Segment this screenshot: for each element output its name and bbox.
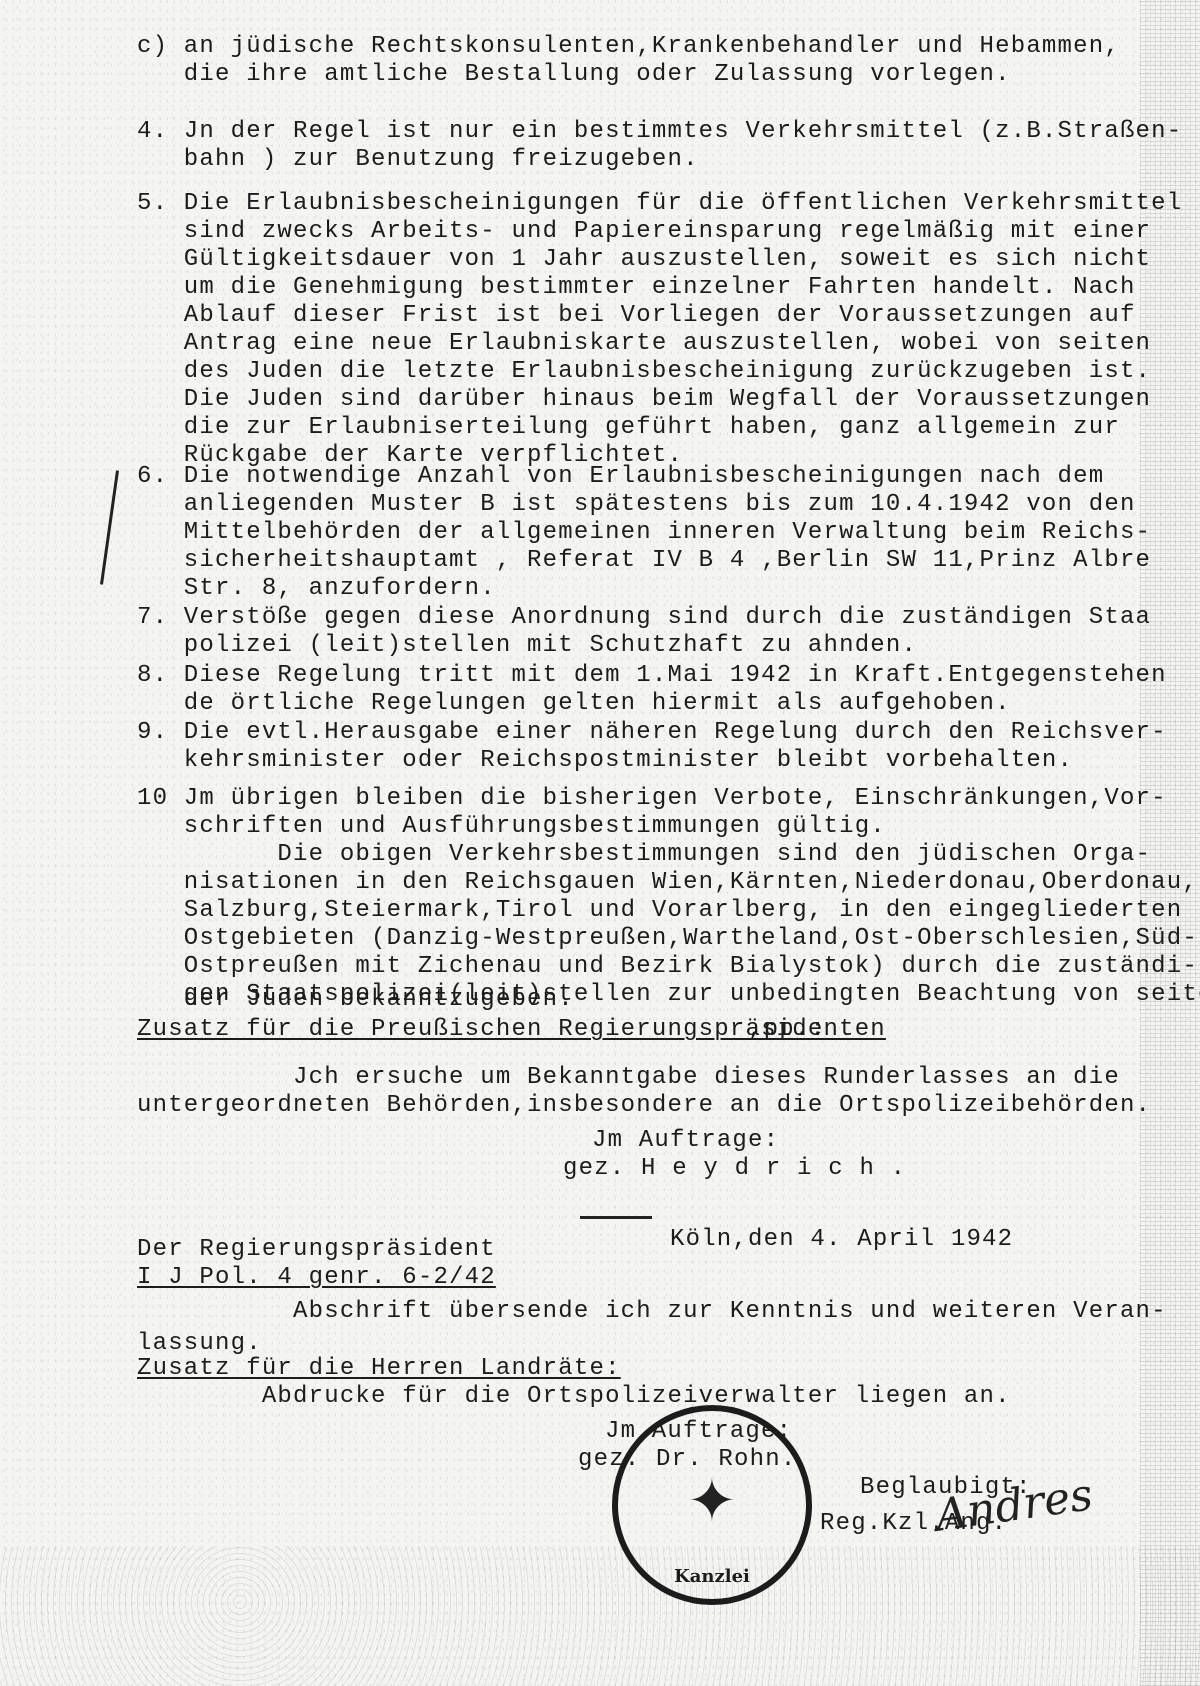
addendum-body-line: untergeordneten Behörden,insbesondere an… [137,1092,1151,1120]
document-line: 9. Die evtl.Herausgabe einer näheren Reg… [137,719,1167,747]
document-line: polizei (leit)stellen mit Schutzhaft zu … [137,632,917,660]
document-line: anliegenden Muster B ist spätestens bis … [137,491,1136,519]
sender: Der Regierungspräsident [137,1236,496,1264]
document-line: Die obigen Verkehrsbestimmungen sind den… [137,841,1151,869]
copy-note-line: Abschrift übersende ich zur Kenntnis und… [137,1298,1167,1326]
document-line: die zur Erlaubniserteilung geführt haben… [137,414,1120,442]
document-line: 5. Die Erlaubnisbescheinigungen für die … [137,190,1182,218]
document-line: 7. Verstöße gegen diese Anordnung sind d… [137,604,1151,632]
document-line: nisationen in den Reichsgauen Wien,Kärnt… [137,869,1198,897]
document-line: um die Genehmigung bestimmter einzelner … [137,274,1136,302]
document-line: kehrsminister oder Reichspostminister bl… [137,747,1073,775]
addendum-landraete-body: Abdrucke für die Ortspolizeiverwalter li… [137,1383,1011,1411]
document-line: bahn ) zur Benutzung freizugeben. [137,146,699,174]
addendum-body-line: Jch ersuche um Bekanntgabe dieses Runder… [137,1064,1120,1092]
document-line: des Juden die letzte Erlaubnisbescheinig… [137,358,1151,386]
document-line: Mittelbehörden der allgemeinen inneren V… [137,519,1151,547]
document-line: Die Juden sind darüber hinaus beim Wegfa… [137,386,1151,414]
scan-bottom-noise [0,1546,1200,1686]
document-line: 6. Die notwendige Anzahl von Erlaubnisbe… [137,463,1104,491]
signoff-auftrage: Jm Auftrage: [592,1127,779,1155]
document-line: die ihre amtliche Bestallung oder Zulass… [137,61,1011,89]
signoff2-auftrage: Jm Auftrage: [605,1418,792,1446]
document-line: der Juden bekanntzugeben. [137,986,574,1014]
document-line: Ablauf dieser Frist ist bei Vorliegen de… [137,302,1136,330]
copy-note-line: lassung. [137,1330,262,1358]
reference-number: I J Pol. 4 genr. 6-2/42 [137,1264,496,1292]
document-line: Salzburg,Steiermark,Tirol und Vorarlberg… [137,897,1182,925]
document-line: 4. Jn der Regel ist nur ein bestimmtes V… [137,118,1182,146]
document-line: c) an jüdische Rechtskonsulenten,Kranken… [137,33,1120,61]
separator-dash [580,1216,652,1219]
document-line: Str. 8, anzufordern. [137,575,496,603]
addendum-heading-suffix: ,pp.: [748,1016,826,1044]
stamp-text: Kanzlei [618,1566,806,1587]
document-line: Gültigkeitsdauer von 1 Jahr auszustellen… [137,246,1151,274]
place-date: Köln,den 4. April 1942 [670,1226,1013,1254]
document-line: sind zwecks Arbeits- und Papiereinsparun… [137,218,1151,246]
signoff2-rohn: gez. Dr. Rohn. [578,1446,796,1474]
document-line: Ostgebieten (Danzig-Westpreußen,Warthela… [137,925,1198,953]
addendum-heading-landraete: Zusatz für die Herren Landräte: [137,1355,621,1383]
document-line: Ostpreußen mit Zichenau und Bezirk Bialy… [137,953,1198,981]
document-line: de örtliche Regelungen gelten hiermit al… [137,690,1011,718]
signoff-heydrich: gez. H e y d r i c h . [563,1155,906,1183]
document-line: schriften und Ausführungsbestimmungen gü… [137,813,886,841]
document-line: 8. Diese Regelung tritt mit dem 1.Mai 19… [137,662,1167,690]
document-line: Antrag eine neue Erlaubniskarte auszuste… [137,330,1151,358]
margin-mark [100,470,119,584]
document-line: sicherheitshauptamt , Referat IV B 4 ,Be… [137,547,1151,575]
document-line: 10 Jm übrigen bleiben die bisherigen Ver… [137,785,1167,813]
